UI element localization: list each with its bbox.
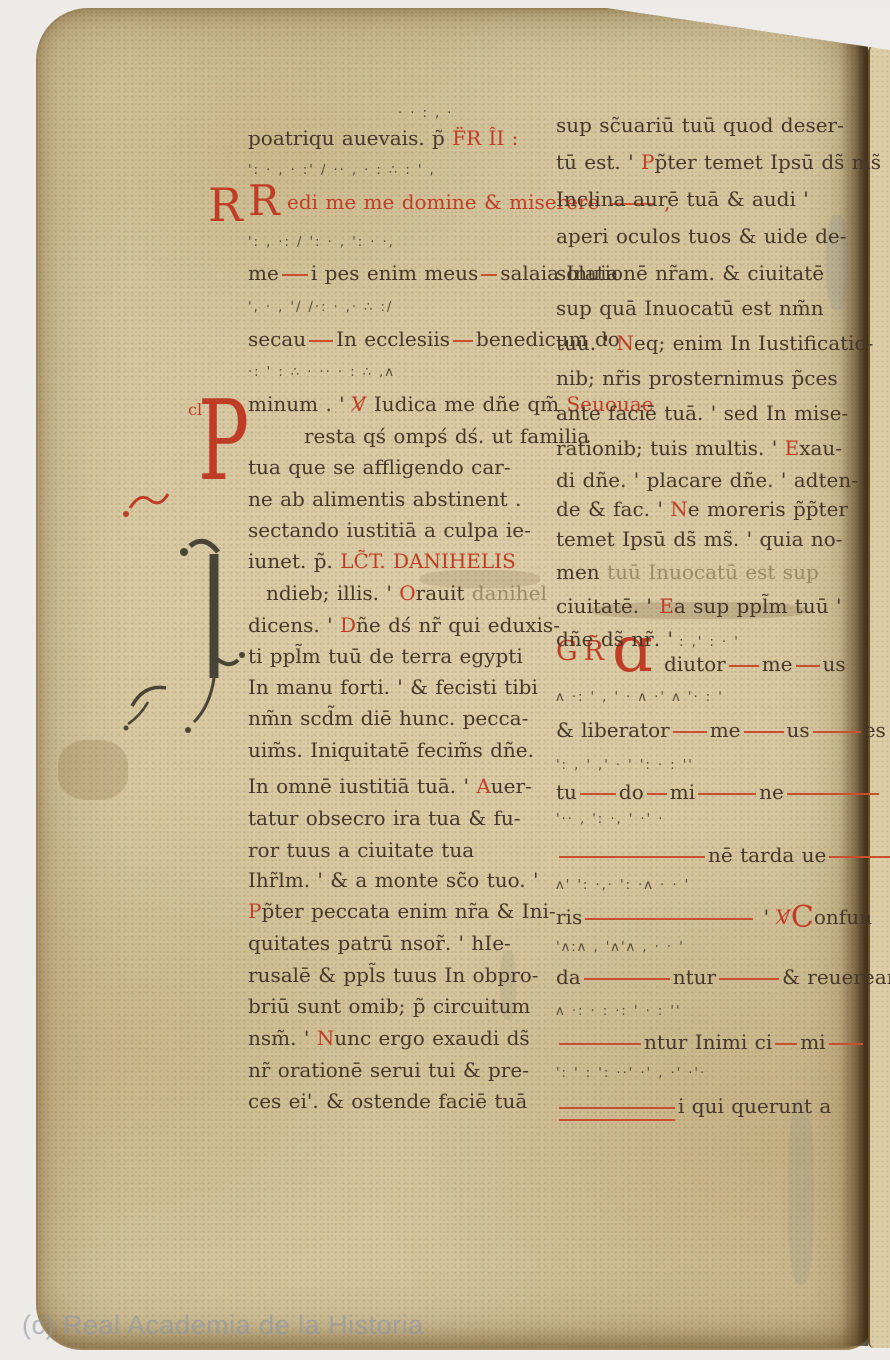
scanned-manuscript-photo: RclPɑGR̃ · · : , ·poatriqu auevais. p̃ F… — [0, 0, 890, 1360]
text-run: nib; nr̃is prosternimus p̃ces — [556, 366, 838, 390]
text-run: briū sunt omib; p̃ circuitum — [248, 994, 530, 1018]
neume-run: ': ' : ': ··' ·' , ·' ·'· — [556, 1066, 706, 1081]
text-run: mi — [670, 780, 695, 804]
rubric-run: D — [340, 613, 356, 637]
manuscript-line: rusalē & ppl̃s tuus In obpro- — [248, 963, 539, 989]
manuscript-line: ʌ ·: · : ·: ' · : '' — [556, 998, 682, 1024]
neume-run: ʌ ·: · : ·: ' · : '' — [556, 1004, 682, 1019]
text-run: ' — [756, 905, 776, 929]
faded-text-run: danihel — [472, 581, 547, 605]
melisma-line — [647, 793, 667, 795]
text-run: & liberator — [556, 718, 670, 742]
text-run: i pes enim meus — [311, 261, 478, 285]
manuscript-line: tū est. ' Pp̃ter temet Ipsū ds̃ ms̃ — [556, 150, 881, 176]
text-run: solationē nr̃am. & ciuitatē — [556, 261, 824, 285]
manuscript-line: ·: ' : ∴ · ·· · : ∴ ,ʌ — [248, 359, 395, 385]
melisma-line — [559, 1043, 641, 1045]
manuscript-line: ': ' : ': ··' ·' , ·' ·'· — [556, 1060, 706, 1086]
text-run: ntur Inimi ci — [644, 1030, 772, 1054]
manuscript-line: ndieb; illis. ' Orauit danihel — [266, 581, 547, 607]
text-run: rationib; tuis multis. ' — [556, 436, 785, 460]
manuscript-line: nr̃ orationē serui tui & pre- — [248, 1058, 529, 1084]
text-run: mi — [800, 1030, 825, 1054]
text-run: p̃ter peccata enim nr̃a & Ini- — [261, 899, 555, 923]
text-run: us — [823, 652, 846, 676]
melisma-line — [729, 665, 759, 667]
manuscript-line: quitates patrū nsor̃. ' hIe- — [248, 931, 511, 957]
text-run: diutor — [664, 652, 726, 676]
rubric-run: E — [659, 594, 674, 618]
neume-run: '·· , ': ·, ' ·' · — [556, 812, 664, 827]
manuscript-line: ciuitatē. ' Ea sup ppl̃m tuū ' — [556, 594, 841, 620]
manuscript-line: & liberatormeuses — [556, 718, 886, 744]
rubric-run: P — [641, 150, 654, 174]
text-run: e moreris p̃p̃ter — [688, 497, 848, 521]
manuscript-line: tudomine — [556, 780, 882, 806]
manuscript-line: temet Ipsū ds̃ ms̃. ' quia no- — [556, 527, 843, 553]
rubric-run: N — [670, 497, 688, 521]
red-margin-flourish — [120, 478, 172, 520]
melisma-line — [584, 978, 670, 980]
manuscript-line: dantur& reuerean — [556, 965, 890, 991]
manuscript-line: ', · , '/ /·: · ,· ∴ :/ — [248, 294, 393, 320]
melisma-line — [829, 1043, 863, 1045]
text-run: uer- — [491, 774, 532, 798]
manuscript-line: ': , ' ,' · ' ': · : '' — [556, 752, 694, 778]
inline-initial: C — [791, 900, 814, 935]
text-run: iunet. p̃. — [248, 549, 340, 573]
rubric-run: P — [248, 899, 261, 923]
text-run: nm̃n scd̃m diē hunc. pecca- — [248, 706, 528, 730]
text-run: do — [619, 780, 644, 804]
text-run: ti ppl̃m tuū de terra egypti — [248, 644, 523, 668]
melisma-line — [796, 665, 820, 667]
text-run: rusalē & ppl̃s tuus In obpro- — [248, 963, 539, 987]
manuscript-line: ante faciē tuā. ' sed In mise- — [556, 401, 848, 427]
rubric-run: V̸ — [352, 392, 374, 416]
melisma-line — [719, 978, 779, 980]
melisma-line — [585, 918, 753, 920]
manuscript-line: tua que se affligendo car- — [248, 455, 511, 481]
text-run: xau- — [799, 436, 842, 460]
manuscript-line: diutormeus — [664, 652, 846, 678]
text-run: temet Ipsū ds̃ ms̃. ' quia no- — [556, 527, 843, 551]
text-run: In omnē iustitiā tuā. ' — [248, 774, 476, 798]
text-run: Iudica me dñe qm̃ — [374, 392, 567, 416]
rubric-run: A — [476, 774, 490, 798]
melisma-line — [453, 340, 473, 342]
manuscript-line: ne ab alimentis abstinent . — [248, 487, 521, 513]
manuscript-line: In omnē iustitiā tuā. ' Auer- — [248, 774, 532, 800]
text-run: tuū. ' — [556, 331, 616, 355]
initial-P: P — [198, 386, 249, 496]
text-run: poatriqu auevais. p̃ — [248, 126, 452, 150]
neume-run: ʌ ·: ' , ' · ʌ ·' ʌ '· : ' — [556, 690, 724, 705]
text-run: ntur — [673, 965, 716, 989]
manuscript-line: nē tarda ue — [556, 843, 890, 869]
melisma-line — [673, 731, 707, 733]
manuscript-line: ror tuus a ciuitate tua — [248, 838, 474, 864]
text-run: ante faciē tuā. ' sed In mise- — [556, 401, 848, 425]
text-run: ne — [759, 780, 784, 804]
rubric-run: LC̃T. DANIHELIS — [340, 549, 516, 573]
rubric-run: N — [616, 331, 634, 355]
text-run: tū est. ' — [556, 150, 641, 174]
stain-mark — [58, 740, 128, 800]
manuscript-line: rationib; tuis multis. ' Exau- — [556, 436, 842, 462]
text-run: ñe dś nr̃ qui eduxis- — [356, 613, 560, 637]
text-run: Inclina aurē tuā & audi ' — [556, 187, 809, 211]
text-run: me — [710, 718, 741, 742]
manuscript-line: · · : , · — [398, 100, 453, 126]
text-run: us — [787, 718, 810, 742]
manuscript-line: In manu forti. ' & fecisti tibi — [248, 675, 538, 701]
melisma-line — [698, 793, 756, 795]
neume-run: · · : , · — [398, 106, 453, 121]
text-run: ror tuus a ciuitate tua — [248, 838, 474, 862]
manuscript-line: ': , ·: / ': · , ': · ·, — [248, 229, 395, 255]
melisma-line — [580, 793, 616, 795]
copyright-watermark: (c) Real Academia de la Historia — [22, 1310, 424, 1341]
manuscript-line: nib; nr̃is prosternimus p̃ces — [556, 366, 838, 392]
manuscript-line: Ihr̃lm. ' & a monte sc̃o tuo. ' — [248, 868, 539, 894]
text-run: nē tarda ue — [708, 843, 826, 867]
neume-run: ʌ' ': ·,· ': ·ʌ · · ' — [556, 878, 690, 893]
stain-mark — [788, 1100, 814, 1285]
text-run: di dñe. ' placare dñe. ' adten- — [556, 468, 858, 492]
manuscript-line: tuū. ' Neq; enim In Iustificatio- — [556, 331, 873, 357]
text-run: nr̃ orationē serui tui & pre- — [248, 1058, 529, 1082]
manuscript-line: ʌ ·: ' , ' · ʌ ·' ʌ '· : ' — [556, 684, 724, 710]
text-run: tatur obsecro ira tua & fu- — [248, 806, 521, 830]
manuscript-line: sup quā Inuocatū est nm̃n — [556, 296, 824, 322]
melisma-line — [829, 856, 890, 858]
text-run: sectando iustitiā a culpa ie- — [248, 518, 531, 542]
neume-run: ', · , '/ /·: · ,· ∴ :/ — [248, 300, 393, 315]
manuscript-line: ʌ' ': ·,· ': ·ʌ · · ' — [556, 872, 690, 898]
initial-R: R — [208, 182, 243, 228]
text-run: ciuitatē. ' — [556, 594, 659, 618]
text-run: rauit — [416, 581, 472, 605]
text-run: quitates patrū nsor̃. ' hIe- — [248, 931, 511, 955]
initial-I-flourish — [170, 528, 250, 740]
text-run: p̃ter temet Ipsū ds̃ ms̃ — [654, 150, 881, 174]
text-run: a sup ppl̃m tuū ' — [674, 594, 842, 618]
neume-run: 'ʌ:ʌ , 'ʌ'ʌ , · · ' — [556, 940, 685, 955]
manuscript-line: nm̃n scd̃m diē hunc. pecca- — [248, 706, 528, 732]
manuscript-line: sup sc̃uariū tuū quod deser- — [556, 113, 844, 139]
manuscript-line: de & fac. ' Ne moreris p̃p̃ter — [556, 497, 848, 523]
manuscript-line: 'ʌ:ʌ , 'ʌ'ʌ , · · ' — [556, 934, 685, 960]
manuscript-line: ris ' V̸Confun — [556, 905, 872, 931]
text-run: dicens. ' — [248, 613, 340, 637]
text-run: eq; enim In Iustificatio- — [634, 331, 873, 355]
text-run: tua que se affligendo car- — [248, 455, 511, 479]
manuscript-line: men tuū Inuocatū est sup — [556, 560, 819, 586]
manuscript-line: solationē nr̃am. & ciuitatē — [556, 261, 824, 287]
text-run: ris — [556, 905, 582, 929]
text-run: & reuerean — [782, 965, 890, 989]
manuscript-line: resta qś ompś dś. ut familia — [304, 424, 589, 450]
manuscript-line: tatur obsecro ira tua & fu- — [248, 806, 521, 832]
text-run: Ihr̃lm. ' & a monte sc̃o tuo. ' — [248, 868, 539, 892]
text-run: sup quā Inuocatū est nm̃n — [556, 296, 824, 320]
text-run: dñe ds̃ nr̃. ' — [556, 627, 673, 651]
rubric-run: F̈R ÎI : — [452, 126, 518, 150]
text-run: In ecclesiis — [336, 327, 450, 351]
manuscript-line: sectando iustitiā a culpa ie- — [248, 518, 531, 544]
manuscript-line: poatriqu auevais. p̃ F̈R ÎI : — [248, 126, 518, 152]
manuscript-line: briū sunt omib; p̃ circuitum — [248, 994, 530, 1020]
neume-run: ': , ·: / ': · , ': · ·, — [248, 235, 395, 250]
manuscript-line: dñe ds̃ nr̃. ' : ,' : · ' — [556, 627, 740, 655]
manuscript-line: aperi oculos tuos & uide de- — [556, 224, 846, 250]
text-run: uim̃s. Iniquitatē fecim̃s dñe. — [248, 738, 534, 762]
manuscript-line: dicens. ' Dñe dś nr̃ qui eduxis- — [248, 613, 560, 639]
text-run: onfun — [814, 905, 872, 929]
melisma-line — [559, 856, 705, 858]
text-run: In manu forti. ' & fecisti tibi — [248, 675, 538, 699]
dark-margin-flourish — [118, 672, 176, 732]
neume-run: ·: ' : ∴ · ·· · : ∴ ,ʌ — [248, 365, 395, 380]
melisma-line — [282, 274, 308, 276]
melisma-line — [309, 340, 333, 342]
manuscript-line: ti ppl̃m tuū de terra egypti — [248, 644, 523, 670]
manuscript-line: Pp̃ter peccata enim nr̃a & Ini- — [248, 899, 556, 925]
melisma-line — [813, 731, 861, 733]
text-run: i qui querunt a — [678, 1094, 831, 1118]
rubric-run: V̸ — [776, 905, 790, 929]
manuscript-line — [556, 1108, 678, 1132]
text-run: es — [864, 718, 886, 742]
manuscript-line: uim̃s. Iniquitatē fecim̃s dñe. — [248, 738, 534, 764]
text-run: me — [762, 652, 793, 676]
manuscript-line: ces ei'. & ostende faciē tuā — [248, 1089, 527, 1115]
text-run: tu — [556, 780, 577, 804]
text-run: me — [248, 261, 279, 285]
inline-initial: R — [248, 176, 280, 225]
melisma-line — [481, 274, 497, 276]
manuscript-line: iunet. p̃. LC̃T. DANIHELIS — [248, 549, 516, 575]
manuscript-line: di dñe. ' placare dñe. ' adten- — [556, 468, 858, 494]
text-run: men — [556, 560, 607, 584]
text-run: minum . ' — [248, 392, 352, 416]
text-run: resta qś ompś dś. ut familia — [304, 424, 589, 448]
manuscript-line: ntur Inimi cimi — [556, 1030, 866, 1056]
text-run: ne ab alimentis abstinent . — [248, 487, 521, 511]
melisma-line — [787, 793, 879, 795]
manuscript-line: nsm̃. ' Nunc ergo exaudi ds̃ — [248, 1026, 530, 1052]
rubric-run: E — [785, 436, 800, 460]
text-run: da — [556, 965, 581, 989]
neume-run: ': , ' ,' · ' ': · : '' — [556, 758, 694, 773]
text-run: unc ergo exaudi ds̃ — [334, 1026, 529, 1050]
text-run: sup sc̃uariū tuū quod deser- — [556, 113, 844, 137]
text-run: de & fac. ' — [556, 497, 670, 521]
melisma-line — [744, 731, 784, 733]
faded-text-run: tuū Inuocatū est sup — [607, 560, 819, 584]
text-run: nsm̃. ' — [248, 1026, 317, 1050]
text-run: secau — [248, 327, 306, 351]
text-run: aperi oculos tuos & uide de- — [556, 224, 846, 248]
neume-run: : ,' : · ' — [673, 635, 740, 650]
manuscript-line: Inclina aurē tuā & audi ' — [556, 187, 809, 213]
melisma-line — [559, 1119, 675, 1121]
text-run: ces ei'. & ostende faciē tuā — [248, 1089, 527, 1113]
manuscript-line: '·· , ': ·, ' ·' · — [556, 806, 664, 832]
text-run: ndieb; illis. ' — [266, 581, 399, 605]
rubric-run: N — [317, 1026, 335, 1050]
next-page-edge — [868, 44, 890, 1348]
melisma-line — [775, 1043, 797, 1045]
rubric-run: O — [399, 581, 415, 605]
